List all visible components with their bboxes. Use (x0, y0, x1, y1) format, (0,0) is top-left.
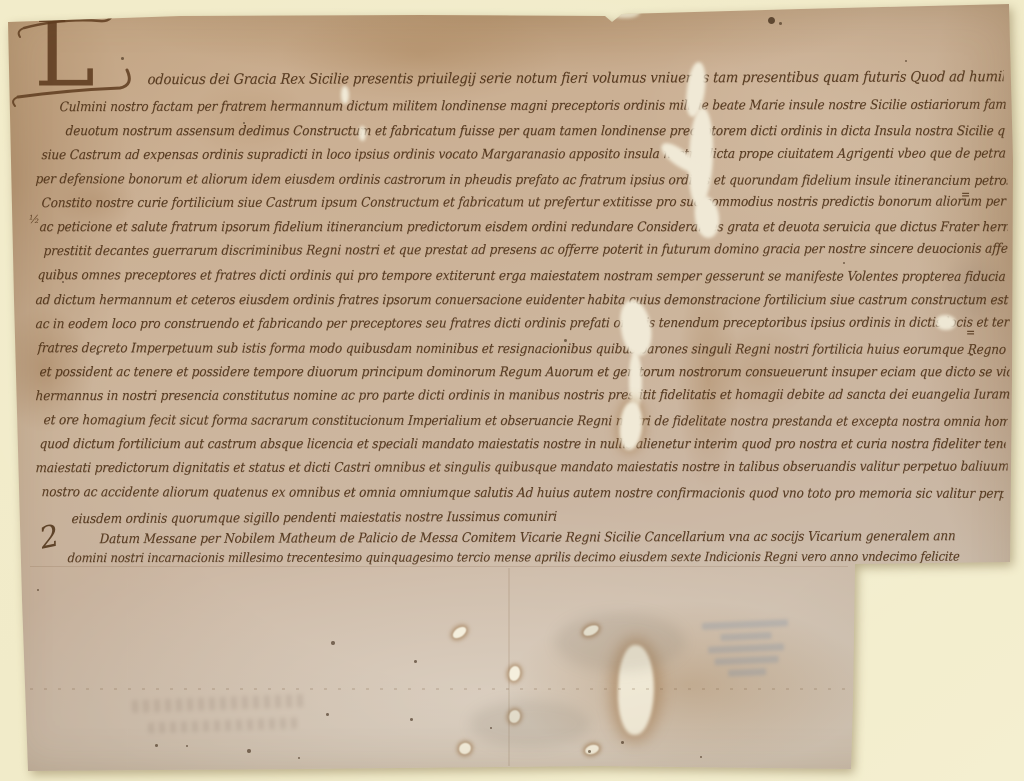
ink-speck (96, 352, 99, 355)
manuscript-line: deuotum nostrum assensum dedimus Constru… (65, 123, 1006, 140)
ink-speck (700, 756, 702, 758)
archive-stamp (693, 604, 799, 692)
initial-flourish-icon (8, 4, 148, 114)
manuscript-line: quod dictum fortilicium aut castrum absq… (39, 436, 1006, 453)
ink-speck (564, 339, 567, 342)
manuscript-line: odouicus dei Gracia Rex Sicilie presenti… (147, 69, 1004, 90)
manuscript-line: ad dictum hermannum et ceteros eiusdem o… (35, 292, 1010, 309)
parchment-wrap: L odouicus dei Gracia Rex Sicilie presen… (0, 0, 1024, 781)
ghost-smudge (470, 700, 590, 748)
ink-speck (326, 713, 329, 716)
manuscript-line: hermannus in nostri presencia constitutu… (35, 386, 1010, 404)
seal-slit (508, 665, 522, 682)
damage-patch (936, 315, 956, 330)
right-margin-mark: - (969, 348, 974, 361)
damage-patch (341, 86, 349, 104)
manuscript-line: et possident ac tenere et possidere temp… (39, 364, 1010, 381)
seal-slit (584, 743, 600, 756)
manuscript-line: prestitit decantes guerrarum discriminib… (43, 240, 1008, 259)
ink-speck (62, 281, 64, 283)
ink-speck (410, 718, 413, 721)
manuscript-line: nostro ac accidente aliorum quatenus ex … (41, 484, 1004, 502)
ink-speck (37, 589, 39, 591)
ink-speck (905, 60, 907, 62)
manuscript-line: Culmini nostro factam per fratrem herman… (59, 97, 1006, 116)
ink-speck (932, 469, 934, 471)
ink-speck (247, 749, 251, 753)
ghost-writing (132, 694, 307, 713)
manuscript-line: fratres decreto Imperpetuum sub istis fo… (37, 340, 1010, 358)
fold-crease (30, 566, 848, 567)
ink-speck (155, 744, 158, 747)
manuscript-line: siue Castrum ad expensas ordinis supradi… (41, 145, 1008, 163)
paragraph-mark: 2 (37, 518, 63, 556)
parchment: L odouicus dei Gracia Rex Sicilie presen… (0, 0, 1024, 781)
ink-speck (414, 660, 417, 663)
manuscript-line: quibus omnes preceptores et fratres dict… (37, 267, 1009, 285)
left-margin-mark: ½ (29, 213, 40, 226)
manuscript-line: maiestati predictorum dignitatis et stat… (35, 458, 1008, 476)
ink-speck (186, 745, 188, 747)
ink-speck (331, 641, 335, 645)
manuscript-line: eiusdem ordinis quorumque sigillo penden… (71, 508, 562, 527)
seal-slit (457, 741, 473, 757)
ghost-writing (148, 717, 298, 733)
right-margin-mark: = (961, 188, 970, 201)
photo-stage: L odouicus dei Gracia Rex Sicilie presen… (0, 0, 1024, 781)
damage-patch (610, 6, 640, 18)
ink-speck (621, 741, 624, 744)
ink-speck (779, 22, 782, 25)
ghost-smudge (555, 612, 685, 672)
ink-speck (490, 727, 492, 729)
seal-slit (451, 625, 468, 641)
ink-speck (768, 17, 775, 24)
manuscript-line: ac peticione et salute fratrum ipsorum f… (39, 219, 1008, 236)
right-margin-mark: = (966, 326, 975, 339)
ink-speck (588, 750, 591, 753)
ink-speck (352, 491, 354, 493)
ink-speck (121, 57, 124, 60)
ink-speck (298, 757, 300, 759)
damage-patch (359, 126, 366, 141)
manuscript-line: Datum Messane per Nobilem Matheum de Pal… (99, 528, 955, 547)
manuscript-line: ac in eodem loco pro construendo et fabr… (35, 314, 1010, 332)
manuscript-line: Constito nostre curie fortilicium siue C… (41, 193, 1008, 211)
manuscript-line: et ore homagium fecit sicut forma sacrar… (43, 412, 1008, 430)
manuscript-line: domini nostri incarnacionis millesimo tr… (67, 548, 960, 565)
ink-speck (243, 122, 245, 124)
ink-speck (843, 262, 845, 264)
manuscript-line: per defensione bonorum et aliorum idem e… (35, 171, 1008, 189)
